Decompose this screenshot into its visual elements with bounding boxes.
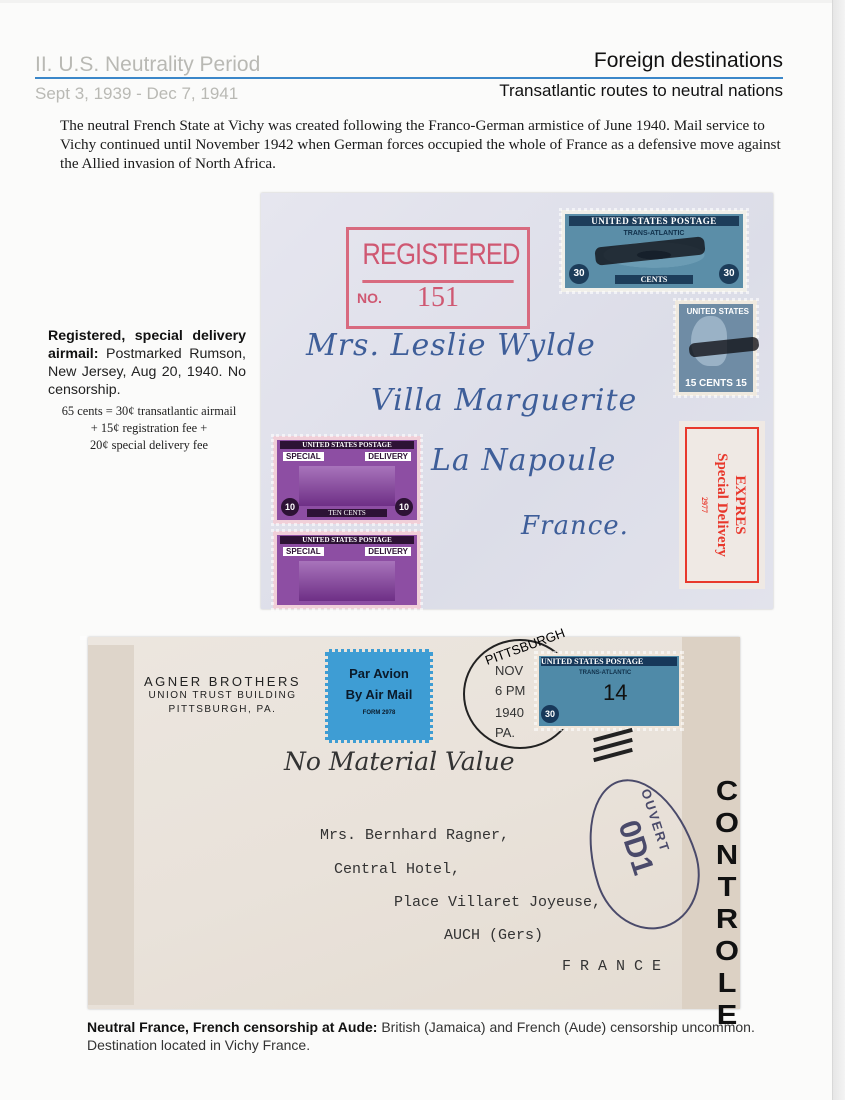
stamp-value: 30	[719, 264, 739, 284]
page-subtitle: Transatlantic routes to neutral nations	[499, 81, 783, 101]
stamp-15c: UNITED STATES 15 CENTS 15	[675, 300, 757, 396]
address-line: Place Villaret Joyeuse,	[394, 894, 601, 911]
label-line: 2977	[695, 430, 713, 580]
address-line: France.	[521, 511, 629, 541]
stamp-sub: TRANS-ATLANTIC	[565, 230, 743, 237]
air-label-line: By Air Mail	[328, 687, 430, 702]
rate-line: 65 cents = 30¢ transatlantic airmail	[40, 403, 258, 420]
stamp-cents: TEN CENTS	[307, 509, 387, 517]
stamp-value: 10	[395, 498, 413, 516]
address-line: Villa Marguerite	[371, 383, 637, 418]
stamp-value: 30	[541, 705, 559, 723]
section-title: II. U.S. Neutrality Period	[35, 53, 260, 77]
stamp-sub: TRANS-ATLANTIC	[579, 670, 631, 676]
cover-censored-airmail: CONTROLE AGNER BROTHERS UNION TRUST BUIL…	[88, 637, 740, 1009]
cover-registered-airmail: REGISTERED NO. 151 UNITED STATES POSTAGE…	[261, 193, 773, 609]
envelope-flap	[88, 645, 134, 1005]
stamp-label: SPECIAL	[283, 547, 324, 556]
label-line: EXPRES	[731, 430, 749, 580]
stamp-cents: CENTS	[615, 275, 693, 284]
sender-line: PITTSBURGH, PA.	[130, 703, 315, 717]
intro-paragraph: The neutral French State at Vichy was cr…	[60, 116, 790, 173]
stamp-header: UNITED STATES POSTAGE	[280, 536, 414, 544]
stamp-label: SPECIAL	[283, 452, 324, 461]
registered-no-label: NO.	[357, 290, 382, 306]
registered-title: REGISTERED	[362, 230, 513, 283]
rate-line: + 15¢ registration fee +	[40, 420, 258, 437]
header-rule	[35, 77, 783, 79]
registered-number: 151	[417, 282, 459, 314]
address-line: Mrs. Bernhard Ragner,	[320, 827, 509, 844]
air-label-line: Par Avion	[328, 666, 430, 681]
stamp-label: DELIVERY	[365, 452, 411, 461]
stamp-value: 10	[281, 498, 299, 516]
stamp-country: UNITED STATES	[687, 307, 749, 317]
killer-number: 14	[603, 680, 627, 706]
cover1-caption: Registered, special delivery airmail: Po…	[48, 327, 246, 399]
address-line: F R A N C E	[562, 958, 661, 975]
stamp-value: 30	[569, 264, 589, 284]
stamp-header: UNITED STATES POSTAGE	[569, 216, 739, 226]
postmark-year: 1940	[495, 705, 524, 720]
address-line: Mrs. Leslie Wylde	[306, 328, 596, 363]
sender-corner-card: AGNER BROTHERS UNION TRUST BUILDING PITT…	[130, 675, 315, 717]
stamp-special-delivery: UNITED STATES POSTAGE SPECIAL DELIVERY 1…	[273, 436, 421, 524]
stamp-special-delivery: UNITED STATES POSTAGE SPECIAL DELIVERY	[273, 531, 421, 609]
stamp-header: UNITED STATES POSTAGE	[280, 441, 414, 449]
stamp-value: 15 CENTS 15	[679, 378, 753, 389]
registered-label: REGISTERED NO. 151	[346, 227, 530, 329]
postmark-time: 6 PM	[495, 683, 525, 698]
page-edge	[832, 0, 845, 1100]
stamp-header: UNITED STATES POSTAGE	[541, 657, 677, 666]
page-title: Foreign destinations	[594, 49, 783, 73]
address-line: La Napoule	[431, 443, 616, 478]
label-line: Special Delivery	[713, 430, 731, 580]
sender-line: UNION TRUST BUILDING	[130, 689, 315, 703]
stamp-label: DELIVERY	[365, 547, 411, 556]
address-line: Central Hotel,	[334, 861, 460, 878]
postmark-state: PA.	[495, 725, 515, 740]
air-label-line: FORM 2978	[328, 710, 430, 716]
label-text: EXPRES Special Delivery 2977	[695, 430, 749, 580]
sender-line: AGNER BROTHERS	[130, 675, 315, 689]
air-mail-label: Par Avion By Air Mail FORM 2978	[325, 649, 433, 743]
rate-line: 20¢ special delivery fee	[40, 437, 258, 454]
date-range: Sept 3, 1939 - Dec 7, 1941	[35, 84, 238, 104]
censor-tape-text: CONTROLE	[715, 775, 739, 1031]
postmark-month: NOV	[495, 663, 523, 678]
handwritten-note: No Material Value	[284, 747, 515, 776]
rate-note: 65 cents = 30¢ transatlantic airmail + 1…	[40, 403, 258, 454]
address-line: AUCH (Gers)	[444, 927, 543, 944]
cover2-caption-bold: Neutral France, French censorship at Aud…	[87, 1019, 377, 1035]
motorcycle-scene-icon	[299, 466, 395, 506]
censor-tape: CONTROLE	[682, 637, 740, 1009]
motorcycle-scene-icon	[299, 561, 395, 601]
stamp-airmail-30c: UNITED STATES POSTAGE TRANS-ATLANTIC 30 …	[561, 210, 747, 292]
cover2-caption: Neutral France, French censorship at Aud…	[87, 1018, 787, 1054]
stamp-airmail-30c: UNITED STATES POSTAGE TRANS-ATLANTIC 14 …	[536, 653, 682, 729]
expres-special-delivery-label: EXPRES Special Delivery 2977	[679, 421, 765, 589]
